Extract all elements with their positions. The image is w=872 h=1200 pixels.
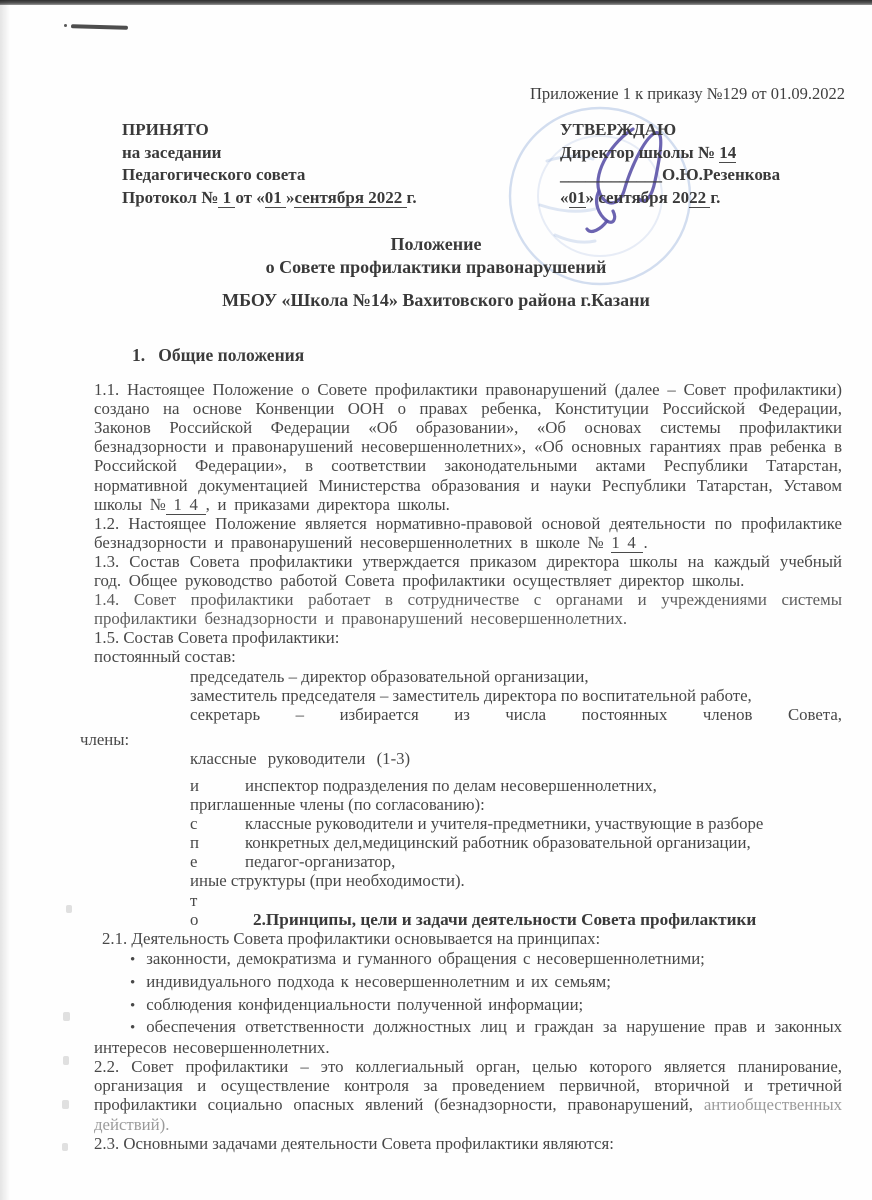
accepted-protocol-line: Протокол № 1 от «01 »сентября 2022 г. <box>122 187 417 210</box>
principle-bullet-4: •обеспечения ответственности должностных… <box>94 1017 842 1057</box>
paragraph-1-5: 1.5. Состав Совета профилактики: <box>94 628 842 647</box>
school-number: 14 <box>719 143 736 163</box>
protocol-text: Протокол № <box>122 188 218 207</box>
member-inspector-row: иинспектор подразделения по делам несове… <box>190 776 842 795</box>
scan-edge-shadow <box>0 0 10 1200</box>
invited-organizer: педагог-организатор, <box>245 852 395 871</box>
section-1-heading: 1. Общие положения <box>132 346 842 365</box>
member-secretary: секретарь – избирается из числа постоянн… <box>190 705 842 724</box>
accepted-line-3: Педагогического совета <box>122 164 417 187</box>
document-body: 1. Общие положения 1.1. Настоящее Положе… <box>94 346 842 1153</box>
signature-blank: ____________ <box>560 165 662 184</box>
paragraph-text: 1.2. Настоящее Положение является нормат… <box>94 514 842 552</box>
annex-reference-line: Приложение 1 к приказу №129 от 01.09.202… <box>530 84 845 104</box>
principle-bullet-3: •соблюдения конфиденциальности полученно… <box>94 995 842 1016</box>
stray-letter: с <box>190 814 245 833</box>
date-year: 22 <box>689 188 710 208</box>
date-text: » сентября 20 <box>586 188 690 207</box>
bullet-icon: • <box>130 975 146 991</box>
protocol-month-year: сентября 2022 <box>294 188 406 208</box>
principle-bullet-1: •законности, демократизма и гуманного об… <box>94 949 842 970</box>
member-chairman: председатель – директор образовательной … <box>190 667 842 686</box>
accepted-title: ПРИНЯТО <box>122 119 417 142</box>
invited-organizer-row: епедагог-организатор, <box>190 852 842 871</box>
director-name: О.Ю.Резенкова <box>662 165 780 184</box>
member-class-teachers: классные руководители (1-3) <box>190 749 842 768</box>
date-text: г. <box>710 188 720 207</box>
paragraph-2-2: 2.2. Совет профилактики – это коллегиаль… <box>94 1057 842 1133</box>
school-number-blank: 1 4 <box>166 495 206 515</box>
permanent-members-label: постоянный состав: <box>94 647 842 666</box>
principle-text: законности, демократизма и гуманного обр… <box>146 949 705 968</box>
principle-bullet-2: •индивидуального подхода к несовершеннол… <box>94 972 842 993</box>
scan-noise <box>62 1143 68 1151</box>
stray-letter: о <box>190 910 253 929</box>
paragraph-1-3: 1.3. Состав Совета профилактики утвержда… <box>94 552 842 590</box>
protocol-text: от « <box>235 188 264 207</box>
protocol-text: г. <box>407 188 417 207</box>
bullet-icon: • <box>130 952 146 968</box>
section-2-heading-row: о2.Принципы, цели и задачи деятельности … <box>190 910 842 929</box>
scan-noise <box>66 905 72 913</box>
principle-text: индивидуального подхода к несовершенноле… <box>146 972 611 991</box>
invited-medical: конкретных дел,медицинский работник обра… <box>245 833 751 852</box>
stray-letter: и <box>190 776 245 795</box>
invited-teachers: классные руководители и учителя-предметн… <box>245 814 763 833</box>
invited-members-label: приглашенные члены (по согласованию): <box>190 795 842 814</box>
scanned-document-page: Приложение 1 к приказу №129 от 01.09.202… <box>0 0 872 1200</box>
scan-edge-line <box>0 0 872 5</box>
invited-medical-row: пконкретных дел,медицинский работник обр… <box>190 833 842 852</box>
title-line-2: о Совете профилактики правонарушений <box>0 256 872 279</box>
section-2-heading: 2.Принципы, цели и задачи деятельности С… <box>253 910 756 929</box>
principle-text: соблюдения конфиденциальности полученной… <box>146 995 583 1014</box>
bullet-icon: • <box>130 1020 146 1036</box>
approved-date-line: «01» сентября 2022 г. <box>560 187 780 210</box>
date-day: 01 <box>569 188 586 208</box>
director-text: Директор школы № <box>560 143 719 162</box>
protocol-day: 01 <box>265 188 286 208</box>
accepted-block: ПРИНЯТО на заседании Педагогического сов… <box>122 119 417 209</box>
pen-mark <box>71 24 128 29</box>
accepted-line-2: на заседании <box>122 142 417 165</box>
pen-mark-dot <box>64 24 67 27</box>
paragraph-text: 1.1. Настоящее Положение о Совете профил… <box>94 380 842 514</box>
stray-letter: е <box>190 852 245 871</box>
paragraph-text: , и приказами директора школы. <box>206 495 450 514</box>
member-deputy: заместитель председателя – заместитель д… <box>190 686 842 705</box>
approved-title: УТВЕРЖДАЮ <box>560 119 780 142</box>
paragraph-1-1: 1.1. Настоящее Положение о Совете профил… <box>94 380 842 514</box>
scan-noise <box>62 1100 69 1109</box>
stray-letter: п <box>190 833 245 852</box>
scan-noise <box>63 1056 69 1065</box>
bullet-icon: • <box>130 998 146 1014</box>
date-text: « <box>560 188 569 207</box>
approved-block: УТВЕРЖДАЮ Директор школы № 14 __________… <box>560 119 780 209</box>
stray-letter-row: т <box>190 891 842 910</box>
paragraph-2-3: 2.3. Основными задачами деятельности Сов… <box>94 1134 842 1153</box>
document-title: Положение о Совете профилактики правонар… <box>0 233 872 312</box>
paragraph-1-4: 1.4. Совет профилактики работает в сотру… <box>94 590 842 628</box>
school-number-blank: 1 4 <box>611 533 643 553</box>
title-line-1: Положение <box>0 233 872 256</box>
approved-director-line: Директор школы № 14 <box>560 142 780 165</box>
other-structures: иные структуры (при необходимости). <box>190 871 842 890</box>
member-inspector: инспектор подразделения по делам несовер… <box>245 776 657 795</box>
paragraph-2-1: 2.1. Деятельность Совета профилактики ос… <box>94 929 842 948</box>
invited-teachers-row: склассные руководители и учителя-предмет… <box>190 814 842 833</box>
stray-letter: т <box>190 891 245 910</box>
members-label: члены: <box>80 730 842 749</box>
approved-signature-line: ____________О.Ю.Резенкова <box>560 164 780 187</box>
paragraph-text: . <box>643 533 647 552</box>
protocol-number: 1 <box>218 188 235 208</box>
title-line-3: МБОУ «Школа №14» Вахитовского района г.К… <box>0 289 872 312</box>
paragraph-1-2: 1.2. Настоящее Положение является нормат… <box>94 514 842 552</box>
scan-noise <box>63 1012 70 1021</box>
principle-text: обеспечения ответственности должностных … <box>94 1017 842 1057</box>
